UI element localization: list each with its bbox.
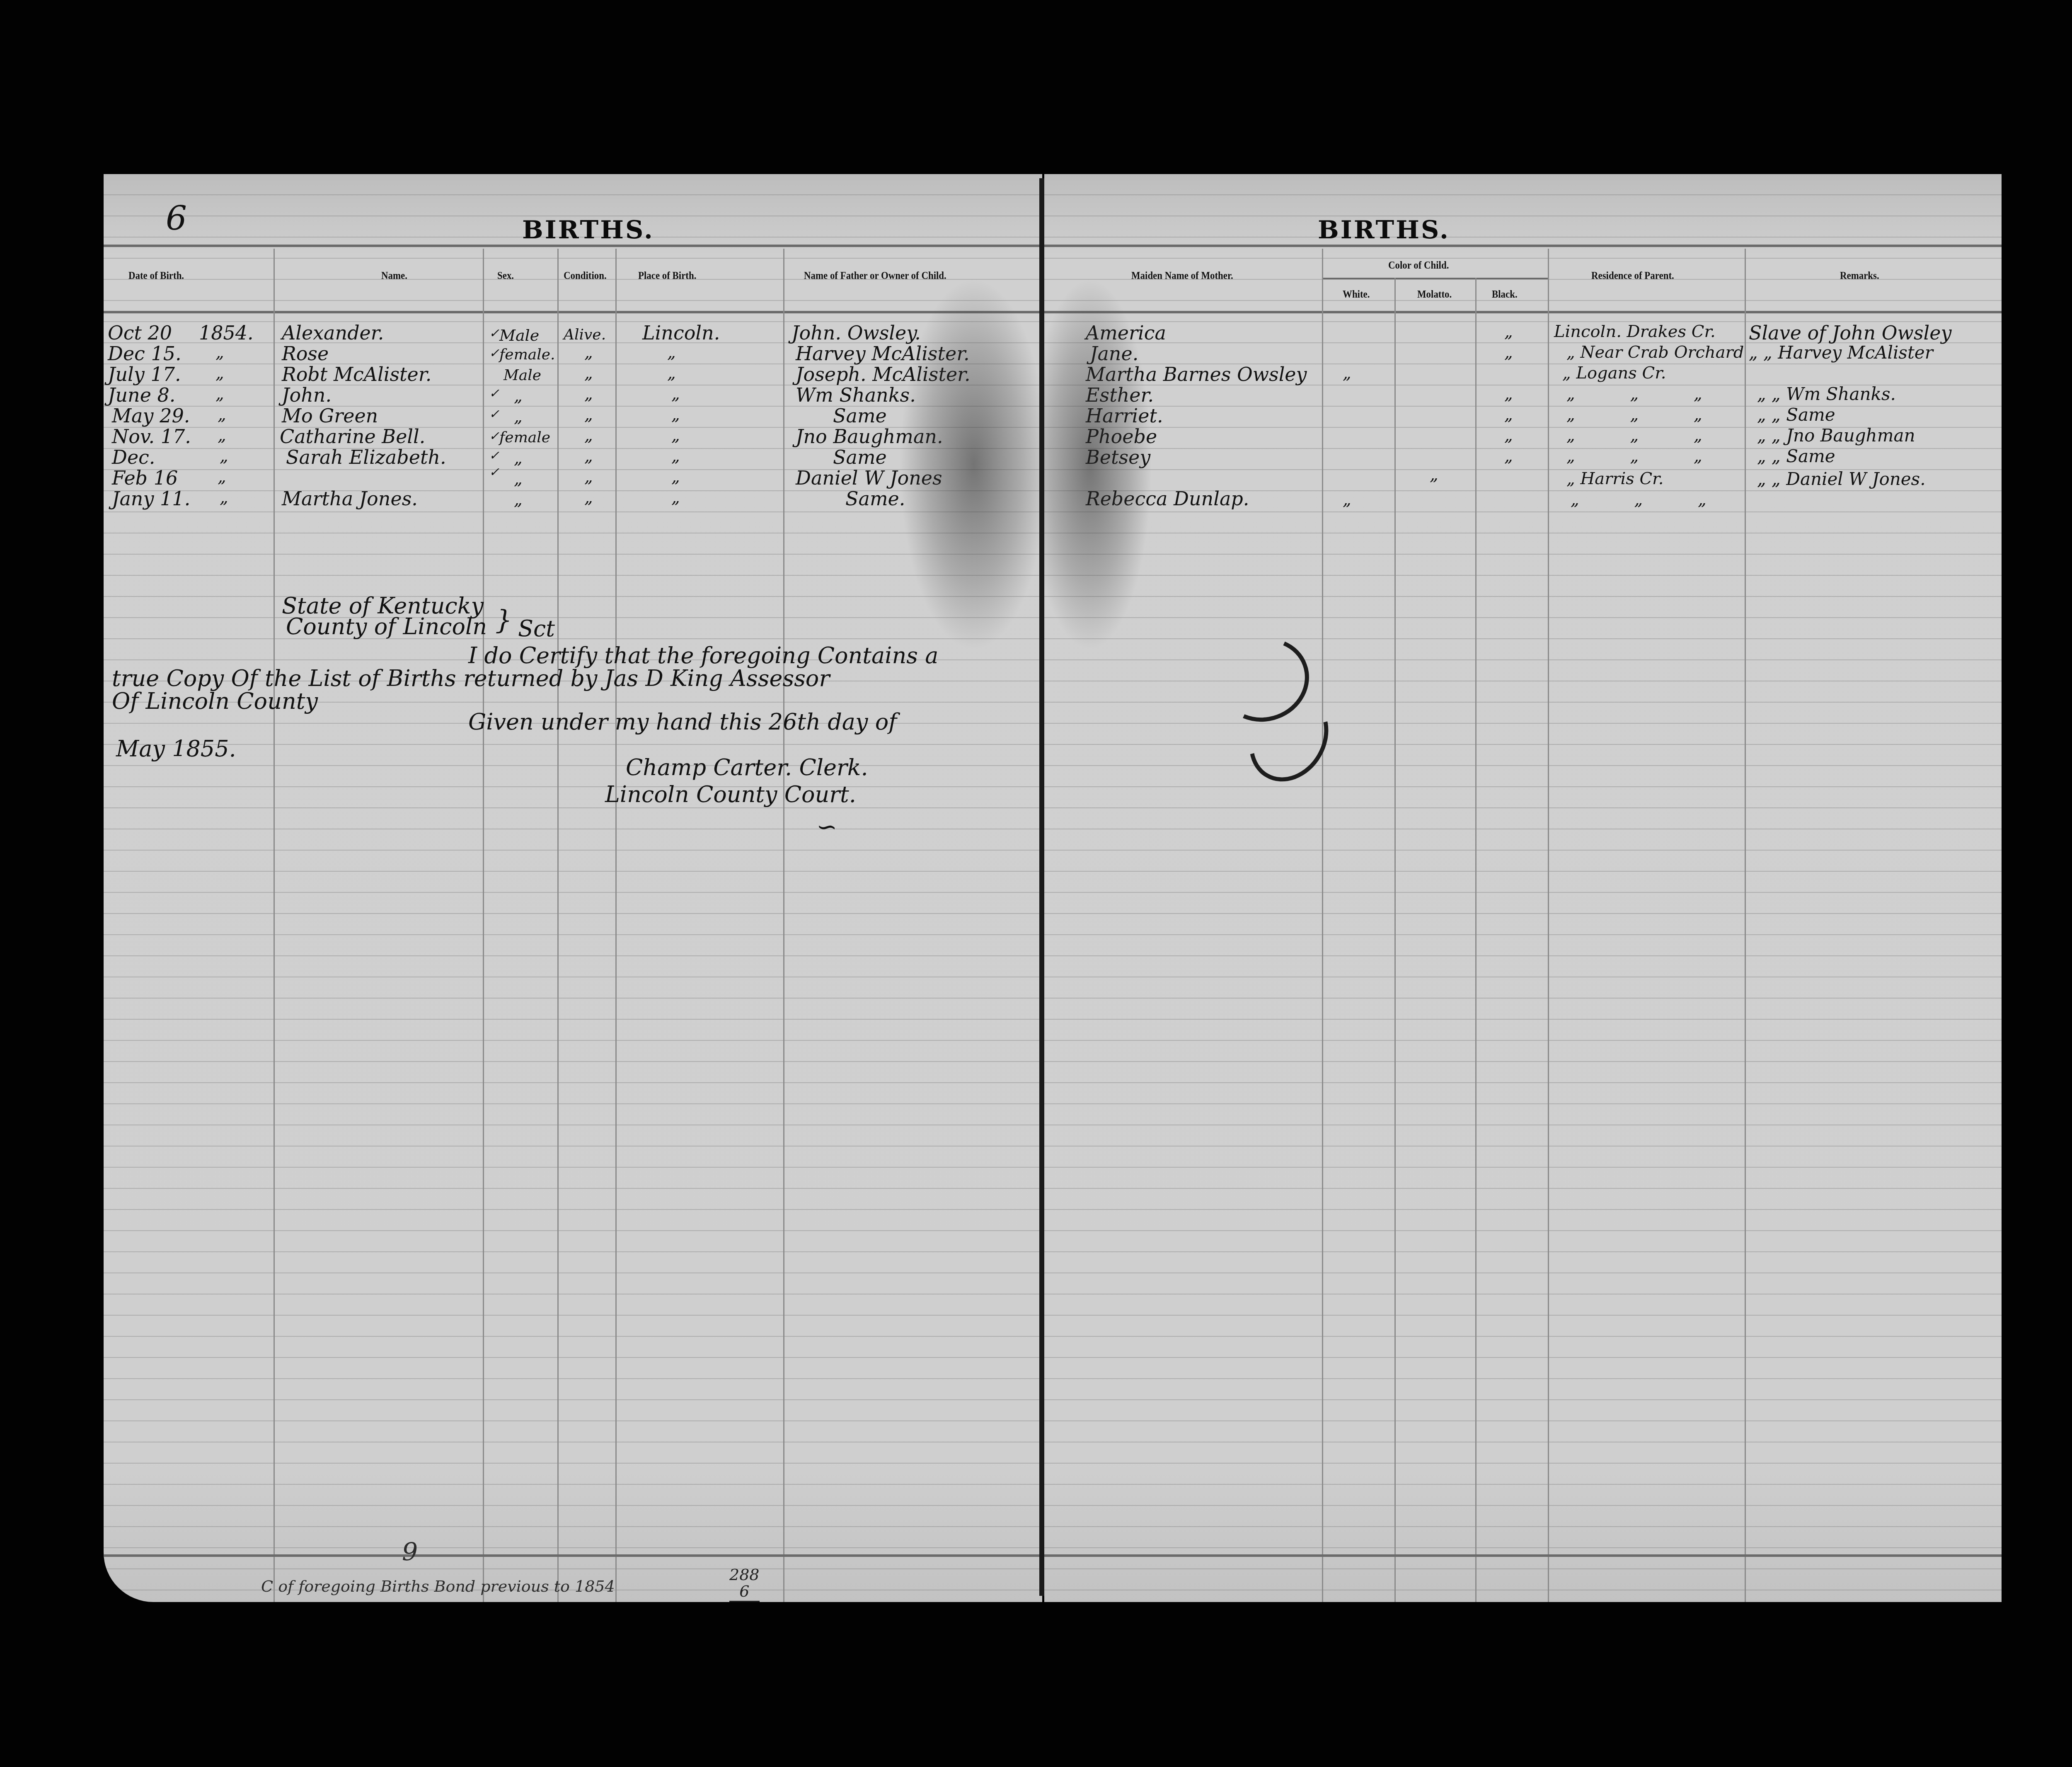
date: Feb 16 <box>112 468 178 487</box>
condition: „ <box>584 406 593 423</box>
col-place-of-birth: Place of Birth. <box>638 269 696 282</box>
sex: „ <box>514 470 523 487</box>
sex: Male <box>503 368 541 383</box>
place: „ <box>671 489 680 506</box>
date: June 8. <box>108 385 175 405</box>
sex-check: ✓ <box>489 430 499 443</box>
black: „ <box>1504 323 1513 340</box>
year: „ <box>215 344 224 361</box>
remarks: „ „ Harvey McAlister <box>1749 344 1933 361</box>
fraction-mid: 6 <box>739 1582 749 1600</box>
header-top-rule <box>1044 245 2002 247</box>
date: Nov. 17. <box>112 427 191 446</box>
remarks: „ „ Daniel W Jones. <box>1757 470 1926 488</box>
footer-note: C of foregoing Births Bond previous to 1… <box>261 1577 615 1595</box>
column-divider <box>615 249 617 1602</box>
child-name: Robt McAlister. <box>282 365 431 384</box>
residence: „ „ „ <box>1566 448 1727 464</box>
page-title: BIRTHS. <box>1318 216 1450 245</box>
header-top-rule <box>104 245 1042 247</box>
cert-date: May 1855. <box>116 736 236 762</box>
clerk-court: Lincoln County Court. <box>605 781 856 807</box>
year: „ <box>220 448 228 464</box>
column-divider <box>1548 249 1549 1602</box>
footer-rule <box>1044 1554 2002 1557</box>
header-bottom-rule <box>1044 311 2002 313</box>
residence: „ „ „ <box>1571 491 1731 508</box>
sex: „ <box>514 388 523 404</box>
black: „ <box>1504 344 1513 361</box>
remarks: „ „ Same <box>1757 406 1835 424</box>
child-name: Martha Jones. <box>282 489 418 508</box>
date: Dec. <box>112 448 155 467</box>
place: „ <box>671 427 680 444</box>
year: 1854. <box>199 323 254 342</box>
condition: „ <box>584 489 593 506</box>
sex: Male <box>499 327 539 343</box>
year: „ <box>218 427 226 444</box>
child-name: Rose <box>282 344 329 363</box>
year: „ <box>215 385 224 402</box>
column-divider <box>274 249 275 1602</box>
date: May 29. <box>112 406 190 425</box>
remarks: „ „ Jno Baughman <box>1757 427 1915 444</box>
brace-icon: } <box>495 605 512 636</box>
date: Oct 20 <box>108 323 172 342</box>
column-divider <box>1322 249 1323 1602</box>
residence: „ Logans Cr. <box>1562 365 1666 381</box>
col-sex: Sex. <box>497 269 514 282</box>
black: „ <box>1504 406 1513 423</box>
condition: „ <box>584 468 593 485</box>
fraction-top: 288 <box>729 1566 760 1584</box>
sex-check: ✓ <box>489 466 499 479</box>
sex-check: ✓ <box>489 408 499 421</box>
col-residence-of-parent: Residence of Parent. <box>1591 269 1674 282</box>
col-color-of-child: Color of Child. <box>1388 259 1449 271</box>
col-name: Name. <box>381 269 407 282</box>
place: „ <box>671 385 680 402</box>
column-divider <box>1475 278 1477 1602</box>
remarks: „ „ Wm Shanks. <box>1757 385 1896 403</box>
child-name: Alexander. <box>282 323 384 342</box>
col-white: White. <box>1343 288 1370 301</box>
col-condition: Condition. <box>564 269 607 282</box>
place: „ <box>667 344 676 361</box>
date: Dec 15. <box>108 344 182 363</box>
clerk-signature: Champ Carter. Clerk. <box>626 754 868 780</box>
residence: Lincoln. Drakes Cr. <box>1554 323 1716 340</box>
place: „ <box>671 406 680 423</box>
col-black: Black. <box>1492 288 1518 301</box>
ink-stain <box>1044 278 1152 651</box>
sex-check: ✓ <box>489 327 499 340</box>
sex: „ <box>514 491 523 508</box>
page-number: 6 <box>166 199 187 238</box>
col-mulatto: Molatto. <box>1417 288 1452 301</box>
father-owner: Same <box>833 448 887 467</box>
sex-check: ✓ <box>489 347 499 360</box>
condition: „ <box>584 448 593 464</box>
sex: „ <box>514 450 523 466</box>
sex-check: ✓ <box>489 388 499 400</box>
sex: „ <box>514 408 523 425</box>
condition: „ <box>584 365 593 381</box>
col-remarks: Remarks. <box>1840 269 1879 282</box>
place: Lincoln. <box>642 323 720 342</box>
residence: „ „ „ <box>1566 406 1727 423</box>
col-date-of-birth: Date of Birth. <box>128 269 184 282</box>
father-owner: Same <box>833 406 887 425</box>
date: July 17. <box>108 365 181 384</box>
residence: „ „ „ <box>1566 427 1727 444</box>
child-name: Mo Green <box>282 406 378 425</box>
tally-fraction: 288 6 282 <box>729 1567 760 1602</box>
column-divider <box>557 249 559 1602</box>
sex: female <box>499 430 550 445</box>
residence: „ Near Crab Orchard <box>1566 344 1744 361</box>
footer-rule <box>104 1554 1042 1557</box>
cert-sct: Sct <box>518 616 555 642</box>
mulatto: „ <box>1430 466 1438 483</box>
date: Jany 11. <box>112 489 190 508</box>
flourish-icon: ∽ <box>816 812 837 841</box>
year: „ <box>218 468 226 485</box>
column-divider <box>1745 249 1746 1602</box>
condition: „ <box>584 427 593 444</box>
year: „ <box>215 365 224 381</box>
place: „ <box>671 468 680 485</box>
ink-stain <box>899 278 1042 651</box>
cert-line5: Of Lincoln County <box>112 688 318 714</box>
residence: „ „ „ <box>1566 385 1727 402</box>
page-title: BIRTHS. <box>522 216 654 245</box>
cert-line6: Given under my hand this 26th day of <box>468 709 897 735</box>
column-divider <box>783 249 784 1602</box>
child-name: Sarah Elizabeth. <box>286 448 446 467</box>
column-divider <box>483 249 484 1602</box>
father-owner: Same. <box>845 489 905 508</box>
father-owner: Wm Shanks. <box>796 385 916 405</box>
black: „ <box>1504 448 1513 464</box>
black: „ <box>1504 427 1513 444</box>
condition: Alive. <box>564 327 606 342</box>
tally-mark: 9 <box>402 1538 418 1567</box>
remarks: „ „ Same <box>1757 448 1835 465</box>
cert-county: County of Lincoln <box>286 613 487 640</box>
right-ledger-page: BIRTHS. Maiden Name of Mother. Color of … <box>1044 174 2002 1602</box>
place: „ <box>667 365 676 381</box>
sex: female. <box>499 347 555 362</box>
child-name: Catharine Bell. <box>280 427 425 446</box>
black: „ <box>1504 385 1513 402</box>
place: „ <box>671 448 680 464</box>
remarks: Slave of John Owsley <box>1749 323 1951 342</box>
condition: „ <box>584 385 593 402</box>
left-ledger-page: 6 BIRTHS. Date of Birth. Name. Sex. Cond… <box>104 174 1042 1602</box>
white: „ <box>1343 491 1351 508</box>
color-group-rule <box>1322 278 1548 279</box>
year: „ <box>218 406 226 423</box>
year: „ <box>220 489 228 506</box>
cert-line3: I do Certify that the foregoing Contains… <box>468 642 938 669</box>
condition: „ <box>584 344 593 361</box>
column-divider <box>1394 278 1396 1602</box>
cert-line4: true Copy Of the List of Births returned… <box>112 665 830 691</box>
white: „ <box>1343 365 1351 381</box>
sex-check: ✓ <box>489 450 499 462</box>
child-name: John. <box>282 385 332 405</box>
residence: „ Harris Cr. <box>1566 470 1664 487</box>
